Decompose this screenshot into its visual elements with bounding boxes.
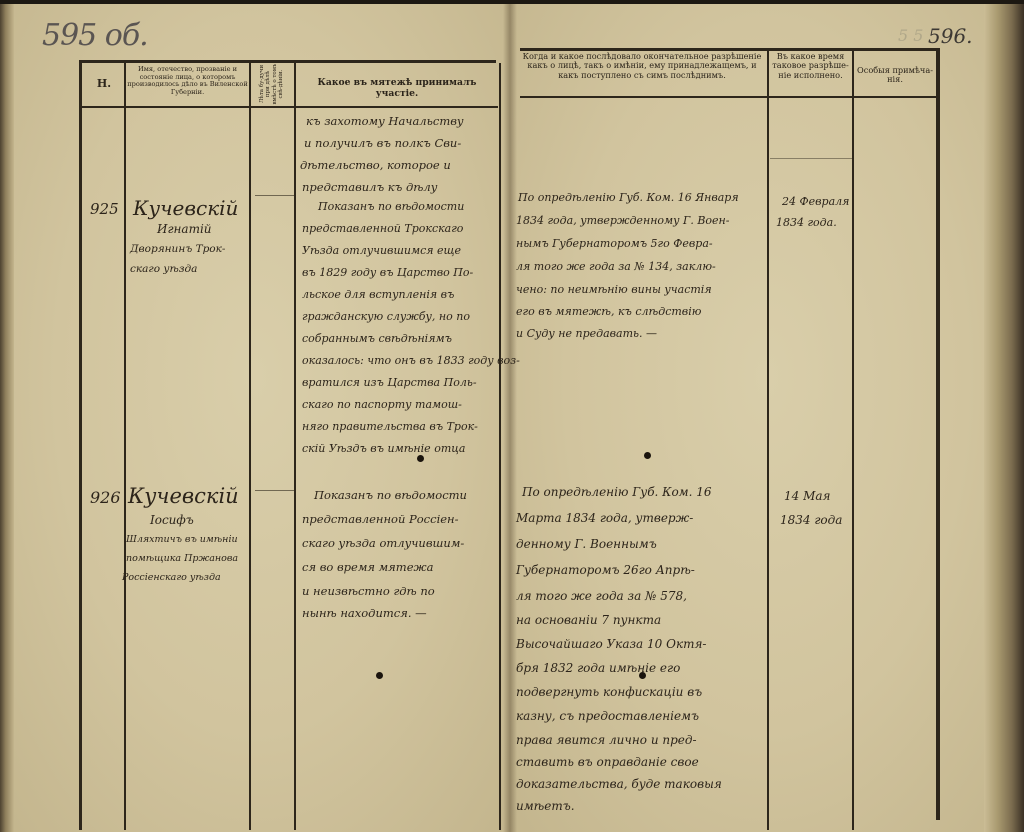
text-line: представленной Россіен- [302,514,459,526]
text-line: его въ мятежѣ, къ слѣдствію [516,306,701,317]
status-line: Россіенскаго уѣзда [122,573,221,583]
left-page [0,4,510,832]
left-outer-border [79,60,82,830]
entry-number: 926 [90,490,121,506]
binding-hole [376,672,383,679]
right-outer-border [936,48,940,820]
text-line: гражданскую службу, но по [302,311,470,322]
status-line: Дворянинъ Трок- [130,244,225,255]
book-gutter [503,4,517,832]
continuation-line: дѣтельство, которое и [300,160,451,172]
header-number: Н. [84,78,124,91]
text-line: Марта 1834 года, утверж- [516,512,693,524]
given-name: Игнатій [157,223,212,235]
text-line: Уѣзда отлучившимся еще [302,245,461,256]
text-line: Губернаторомъ 26го Апрѣ- [516,564,695,576]
text-line: Показанъ по вѣдомости [318,201,464,212]
executed-date: 24 Февраля [782,196,849,207]
text-line: няго правительства въ Трок- [302,421,478,432]
folio-number-left: 595 об. [42,18,148,53]
text-line: на основаніи 7 пункта [516,614,661,626]
surname: Кучевскій [128,486,239,507]
text-line: скаго уѣзда отлучившим- [302,538,464,550]
header-top-rule-left [80,60,496,63]
text-line: подвергнуть конфискаціи въ [516,686,702,698]
executed-year: 1834 года [780,514,842,526]
header-age: Лѣта бу-дучи при дѣлѣ вмѣстѣ о томъ свѣ-… [251,64,293,106]
text-line: представленной Трокскаго [302,223,463,234]
col-divider-age [294,63,296,830]
text-line: ся во время мятежа [302,562,433,574]
status-line: скаго уѣзда [130,264,197,275]
row-separator-left-2 [255,490,295,491]
status-line: помѣщика Пржанова [126,554,238,564]
header-executed: Въ какое время таковое разрѣше-ніе испол… [769,52,852,80]
text-line: и неизвѣстно гдѣ по [302,586,435,598]
col-divider-number [124,63,126,830]
binding-hole [644,452,651,459]
executed-date: 14 Мая [784,490,830,502]
continuation-line: представилъ къ дѣлу [302,182,437,194]
text-line: права явится лично и пред- [516,734,697,746]
text-line: оказалось: что онъ въ 1833 году воз- [302,355,520,366]
given-name: Іосифъ [150,514,194,526]
col-divider-executed [852,51,854,830]
text-line: нынѣ находится. — [302,608,427,620]
text-line: По опредѣленію Губ. Ком. 16 [522,486,712,498]
header-bottom-rule-left [82,106,498,108]
text-line: и Суду не предавать. — [516,328,657,339]
header-participation: Какое въ мятежѣ принималъ участіе. [297,78,497,99]
continuation-line: къ захотому Начальству [306,116,464,128]
binding-hole [417,455,424,462]
text-line: собраннымъ свѣдѣніямъ [302,333,452,344]
text-line: Высочайшаго Указа 10 Октя- [516,638,706,650]
header-bottom-rule-right [520,96,938,98]
row-separator-right-1 [770,158,852,159]
text-line: По опредѣленію Губ. Ком. 16 Января [518,192,739,203]
text-line: доказательства, буде таковыя [516,778,722,790]
col-divider-resolution [767,51,769,830]
text-line: ставить въ оправданіе свое [516,756,699,768]
text-line: имѣетъ. [516,800,575,812]
header-resolution: Когда и какое послѣдовало окончательное … [518,52,766,80]
text-line: денному Г. Военнымъ [516,538,657,550]
row-separator-left-1 [255,195,295,196]
text-line: льское для вступленія въ [302,289,454,300]
ledger-spread: 595 об. 5 5 596. Н. Имя, отечество, проз… [0,0,1024,832]
col-divider-participation-right [499,63,501,830]
text-line: бря 1832 года имѣніе его [516,662,680,674]
text-line: чено: по неимѣнію вины участія [516,284,712,295]
text-line: нымъ Губернаторомъ 5го Февра- [516,238,713,249]
text-line: скаго по паспорту тамош- [302,399,462,410]
header-name: Имя, отечество, прозваніе и состояніе ли… [127,66,248,96]
executed-year: 1834 года. [776,217,837,228]
status-line: Шляхтичъ въ имѣніи [126,535,238,545]
header-age-text: Лѣта бу-дучи при дѣлѣ вмѣстѣ о томъ свѣ-… [259,64,284,106]
continuation-line: и получилъ въ полкъ Сви- [304,138,461,150]
text-line: казну, съ предоставленіемъ [516,710,699,722]
header-notes: Особыя примѣча-нія. [854,66,936,85]
entry-number: 925 [90,202,119,217]
text-line: вратился изъ Царства Поль- [302,377,477,388]
text-line: 1834 года, утвержденному Г. Воен- [516,215,730,226]
text-line: Показанъ по вѣдомости [314,490,467,502]
surname: Кучевскій [133,198,238,218]
text-line: ля того же года за № 578, [516,590,687,602]
text-line: въ 1829 году въ Царство По- [302,267,473,278]
text-line: скій Уѣздъ въ имѣніе отца [302,443,465,454]
folio-number-right: 596. [928,24,973,48]
text-line: ля того же года за № 134, заклю- [516,261,716,272]
binding-hole [639,672,646,679]
col-divider-name [249,63,251,830]
folio-number-faded: 5 5 [898,26,923,45]
